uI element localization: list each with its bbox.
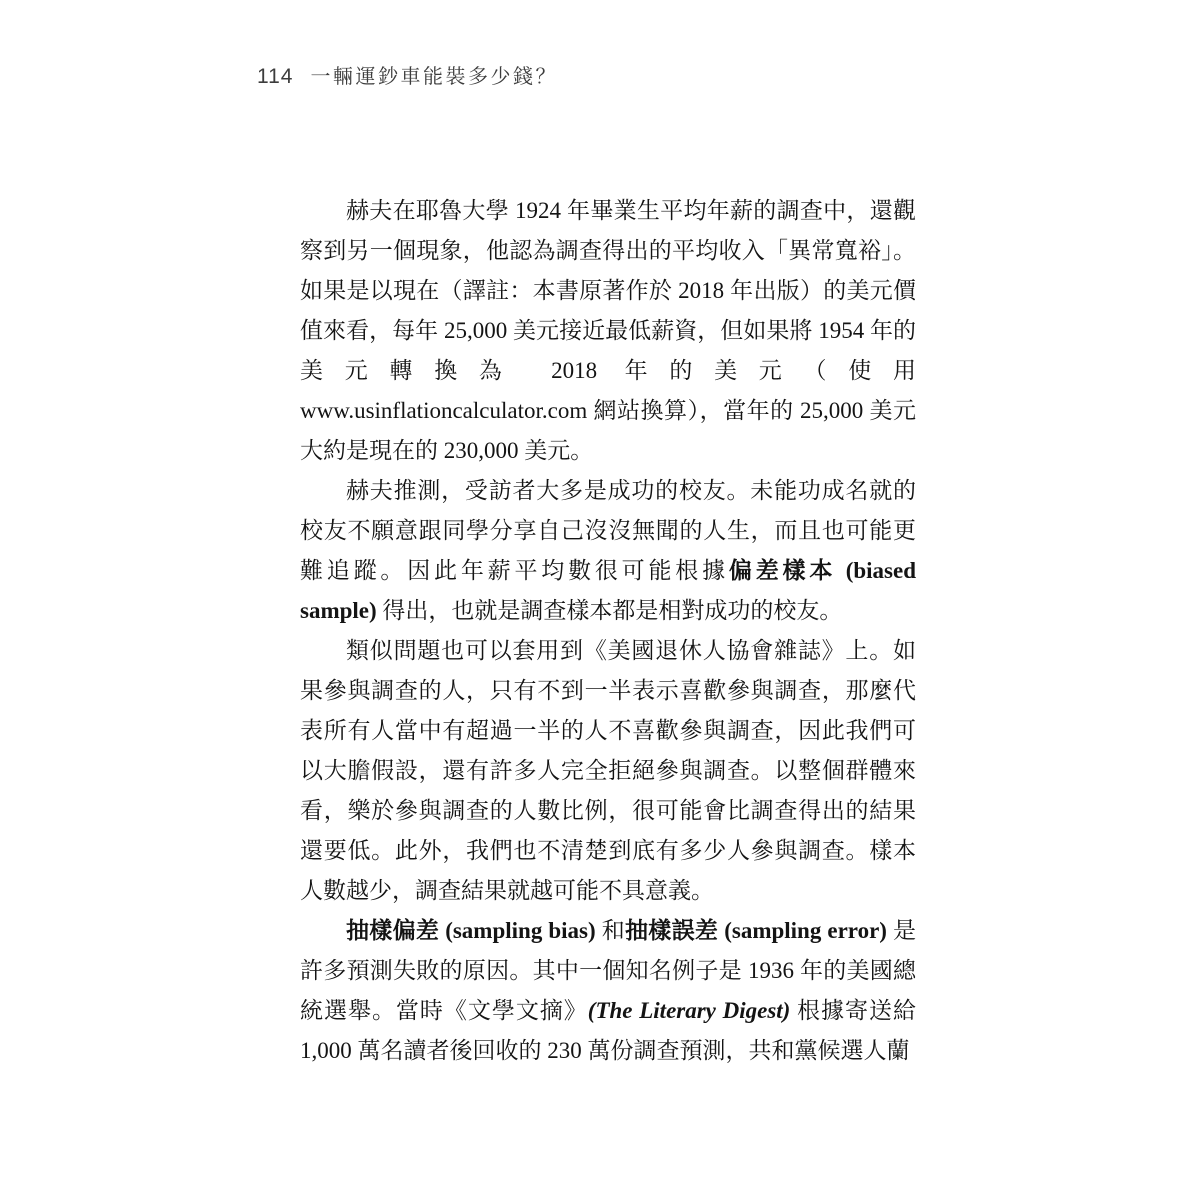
key-term-segment: 抽樣偏差 (sampling bias)	[346, 918, 596, 943]
page-body: 赫夫在耶魯大學 1924 年畢業生平均年薪的調查中，還觀察到另一個現象，他認為調…	[300, 191, 916, 1071]
publication-title-segment: (The Literary Digest)	[588, 998, 791, 1023]
page-number: 114	[257, 65, 293, 89]
text-segment: 和	[596, 918, 625, 943]
paragraph: 抽樣偏差 (sampling bias) 和抽樣誤差 (sampling err…	[300, 911, 916, 1071]
text-segment: 類似問題也可以套用到《美國退休人協會雜誌》上。如果參與調查的人，只有不到一半表示…	[300, 638, 916, 903]
paragraph: 赫夫在耶魯大學 1924 年畢業生平均年薪的調查中，還觀察到另一個現象，他認為調…	[300, 191, 916, 471]
text-segment: 赫夫在耶魯大學 1924 年畢業生平均年薪的調查中，還觀察到另一個現象，他認為調…	[300, 198, 916, 463]
chapter-title: 一輛運鈔車能裝多少錢？	[310, 60, 558, 89]
page-header: 114 一輛運鈔車能裝多少錢？	[257, 60, 558, 89]
book-page: 114 一輛運鈔車能裝多少錢？ 赫夫在耶魯大學 1924 年畢業生平均年薪的調查…	[0, 0, 1200, 1200]
key-term-segment: 抽樣誤差 (sampling error)	[625, 918, 887, 943]
paragraph: 類似問題也可以套用到《美國退休人協會雜誌》上。如果參與調查的人，只有不到一半表示…	[300, 631, 916, 911]
paragraph: 赫夫推測，受訪者大多是成功的校友。未能功成名就的校友不願意跟同學分享自己沒沒無聞…	[300, 471, 916, 631]
text-segment: 得出，也就是調查樣本都是相對成功的校友。	[377, 598, 843, 623]
